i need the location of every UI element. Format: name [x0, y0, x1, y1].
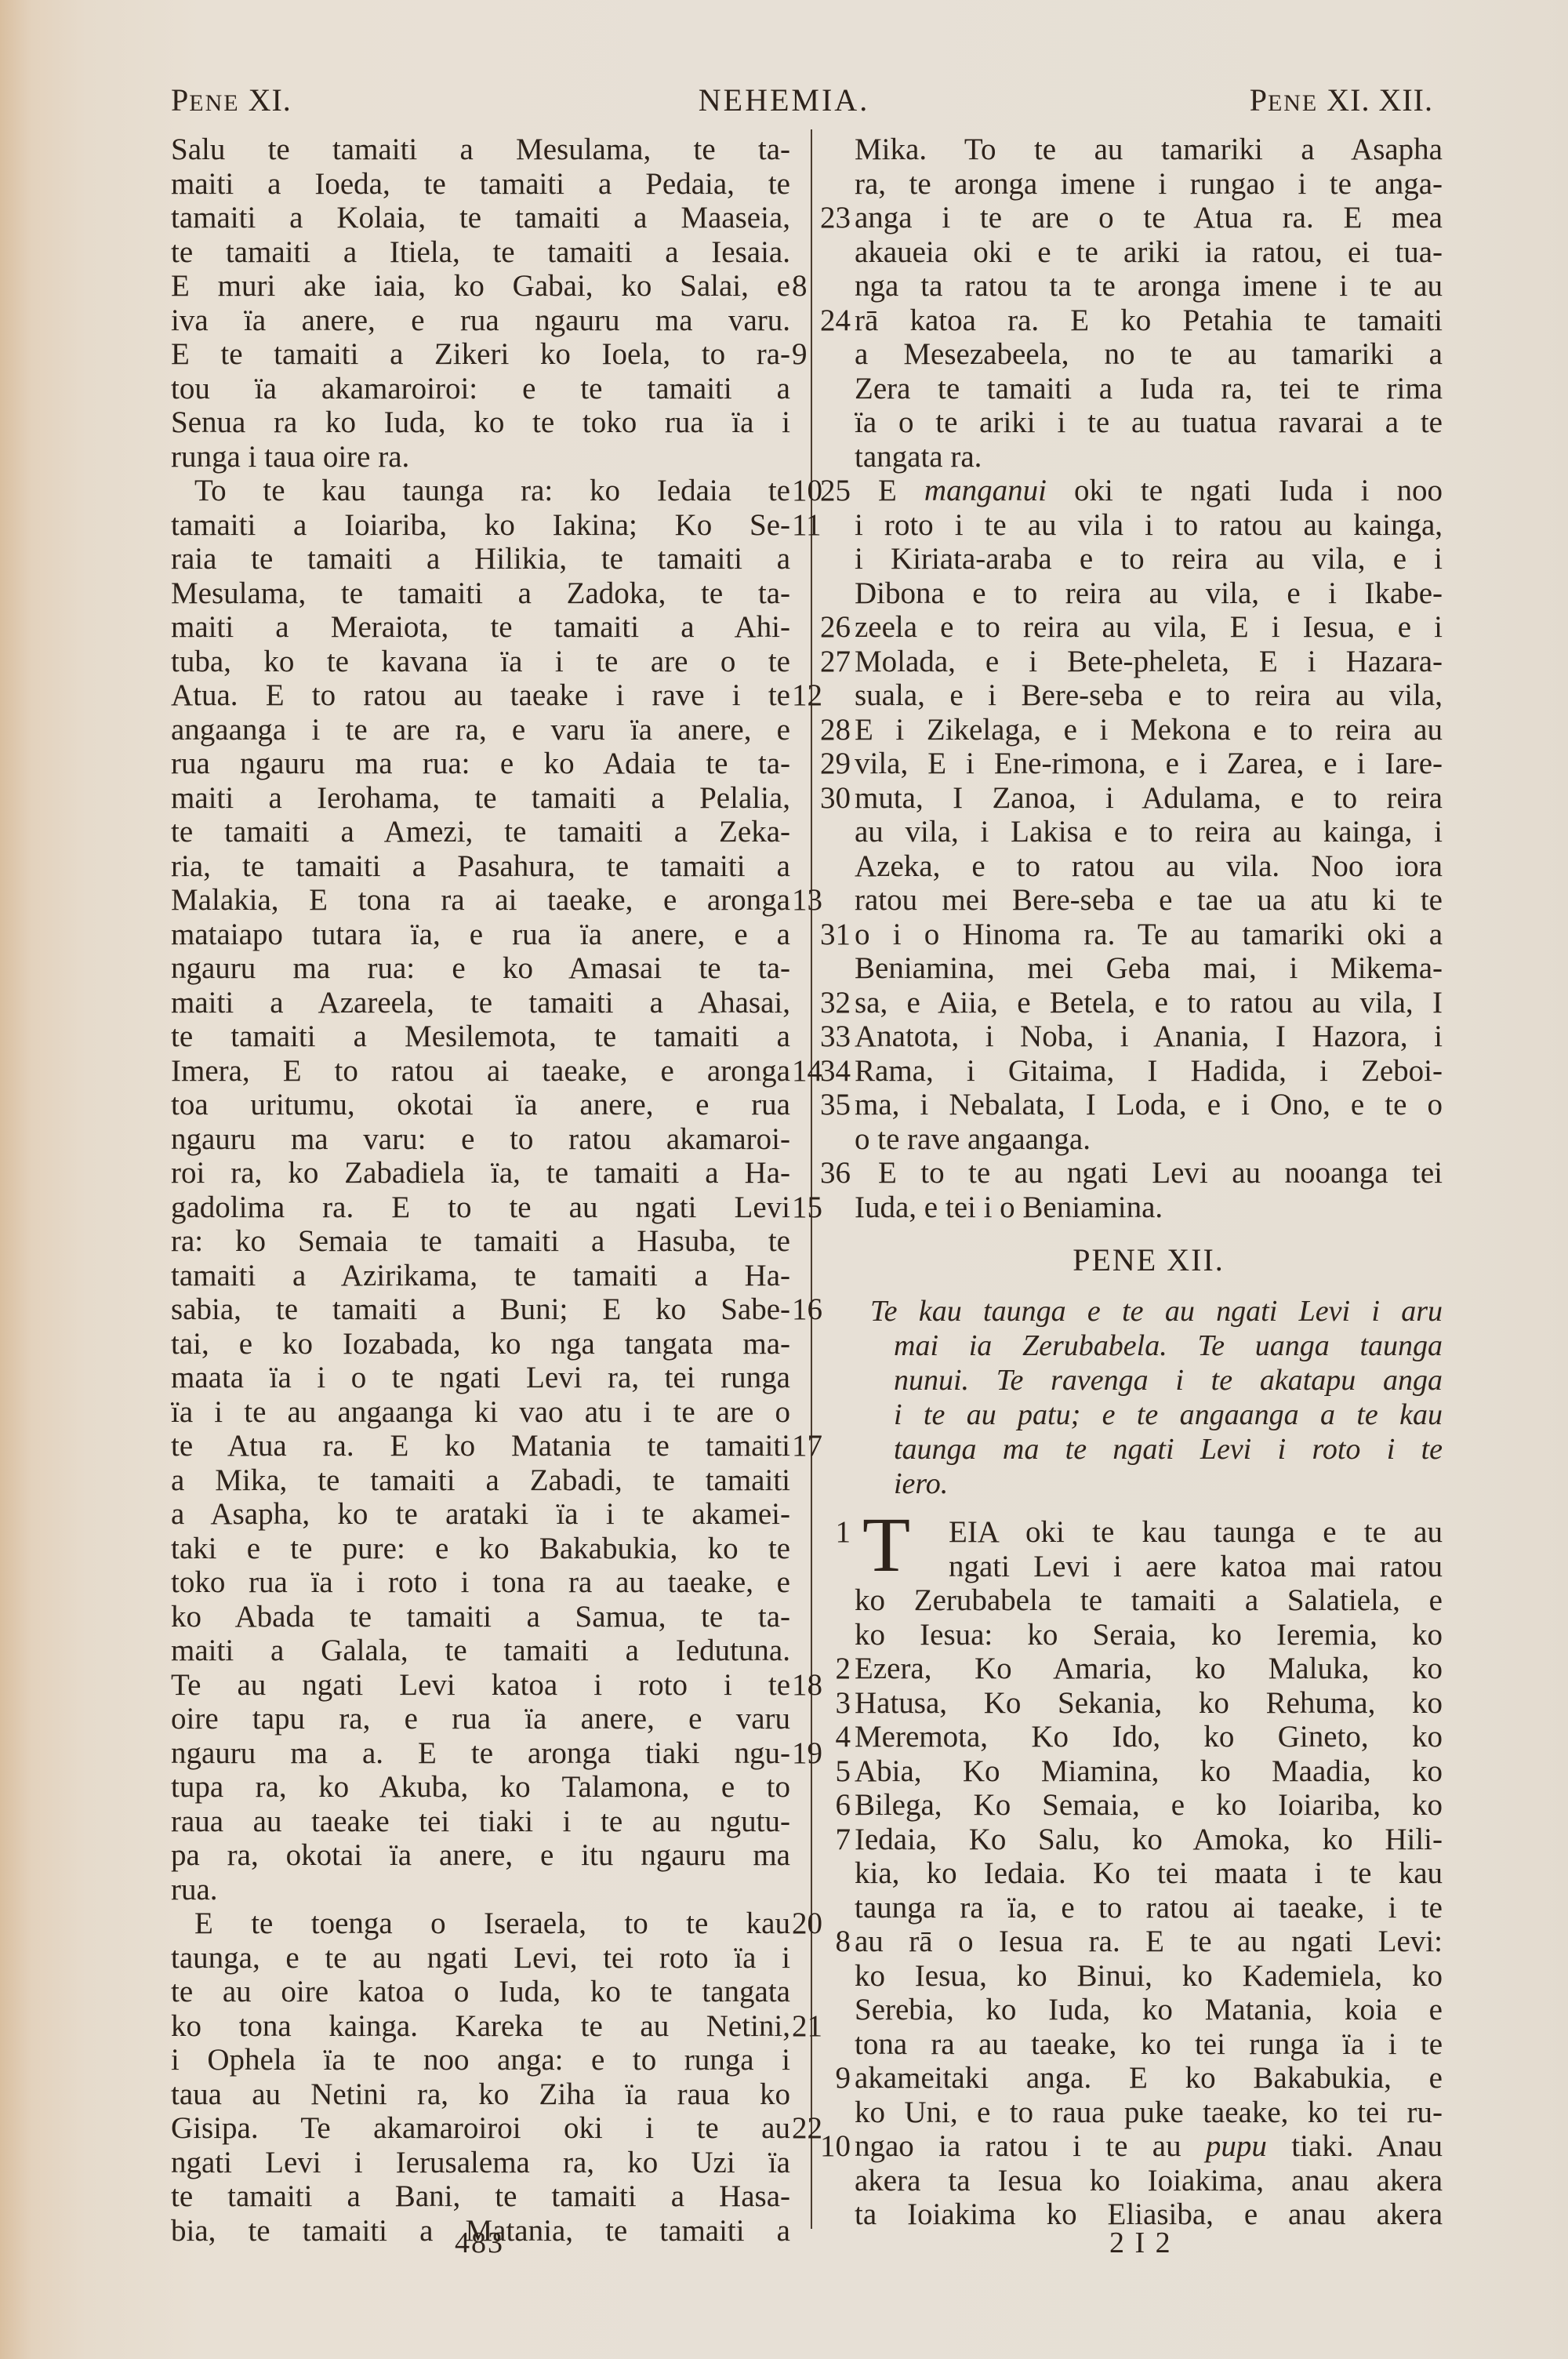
- text-line: Bilega, Ko Semaia, e ko Ioiariba, ko: [855, 1788, 1443, 1823]
- verse-number: 34: [811, 1054, 851, 1089]
- text-line: sa, e Aiia, e Betela, e to ratou au vila…: [855, 986, 1443, 1020]
- drop-cap: T: [862, 1510, 910, 1580]
- text-line: Zera te tamaiti a Iuda ra, tei te rima: [855, 372, 1443, 406]
- verse-number: 6: [811, 1788, 851, 1823]
- text-line: Abia, Ko Miamina, ko Maadia, ko: [855, 1754, 1443, 1789]
- text-line: o te rave angaanga.: [855, 1122, 1443, 1157]
- text-line: kia, ko Iedaia. Ko tei maata i te kau: [855, 1856, 1443, 1891]
- text-line: ko Zerubabela te tamaiti a Salatiela, e: [855, 1583, 1443, 1618]
- text-line: ko Uni, e to raua puke taeake, ko tei ru…: [855, 2095, 1443, 2130]
- text-line: ngauru ma rua: e ko Amasai te ta-: [171, 951, 790, 986]
- text-line: tamaiti a Kolaia, te tamaiti a Maaseia,: [171, 201, 790, 235]
- text-line: te au oire katoa o Iuda, ko te tangata: [171, 1975, 790, 2009]
- text-line: Azeka, e to ratou au vila. Noo iora: [855, 849, 1443, 884]
- text-line: toa uritumu, okotai ïa anere, e rua: [171, 1088, 790, 1122]
- text-line: rua.: [171, 1873, 790, 1907]
- text-line: Salu te tamaiti a Mesulama, te ta-: [171, 133, 790, 167]
- text-line: mataiapo tutara ïa, e rua ïa anere, e a: [171, 918, 790, 952]
- text-line: ma, i Nebalata, I Loda, e i Ono, e te o: [855, 1088, 1443, 1122]
- text-line: anga i te are o te Atua ra. E mea: [855, 201, 1443, 235]
- text-line: ngati Levi i Ierusalema ra, ko Uzi ïa: [171, 2146, 790, 2180]
- text-line: ngauru ma varu: e to ratou akamaroi-: [171, 1122, 790, 1157]
- verse-number: 5: [811, 1754, 851, 1789]
- verse-number: 16: [792, 1292, 822, 1327]
- text-line: ra: ko Semaia te tamaiti a Hasuba, te: [171, 1224, 790, 1259]
- text-line: iva ïa anere, e rua ngauru ma varu.: [171, 304, 790, 338]
- text-line: Mika. To te au tamariki a Asapha: [855, 133, 1443, 167]
- text-line: oire tapu ra, e rua ïa anere, e varu: [171, 1702, 790, 1736]
- verse-number: 36: [811, 1156, 851, 1190]
- text-line: maiti a Ierohama, te tamaiti a Pelalia,: [171, 781, 790, 816]
- italic-word: pupu: [1206, 2129, 1267, 2163]
- text-line: ko Iesua: ko Seraia, ko Ieremia, ko: [855, 1618, 1443, 1652]
- text-line: maiti a Galala, te tamaiti a Iedutuna.: [171, 1634, 790, 1668]
- text-line: runga i taua oire ra.: [171, 440, 790, 474]
- summary-line: mai ia Zerubabela. Te uanga taunga: [870, 1329, 1443, 1363]
- text-line: te tamaiti a Itiela, te tamaiti a Iesaia…: [171, 235, 790, 270]
- text-line: angaanga i te are ra, e varu ïa anere, e: [171, 713, 790, 747]
- text-line: Serebia, ko Iuda, ko Matania, koia e: [855, 1993, 1443, 2027]
- summary-line: Te kau taunga e te au ngati Levi i aru: [870, 1294, 1443, 1329]
- text-line: Te au ngati Levi katoa i roto i te: [171, 1668, 790, 1703]
- text-line: tamaiti a Ioiariba, ko Iakina; Ko Se-: [171, 508, 790, 543]
- text-line: maiti a Ioeda, te tamaiti a Pedaia, te: [171, 167, 790, 202]
- text-line: te tamaiti a Mesilemota, te tamaiti a: [171, 1020, 790, 1054]
- verse-number: 10: [811, 2129, 851, 2164]
- verse-number: 9: [792, 337, 808, 372]
- running-head-right: PENE XI. XII.: [1250, 82, 1433, 118]
- text-line: a Asapha, ko te arataki ïa i te akamei-: [171, 1497, 790, 1532]
- text-line: ngauru ma a. E te aronga tiaki ngu-: [171, 1736, 790, 1771]
- text-line: Beniamina, mei Geba mai, i Mikema-: [855, 951, 1443, 986]
- text-line: zeela e to reira au vila, E i Iesua, e i: [855, 610, 1443, 645]
- verse-number: 24: [811, 304, 851, 338]
- italic-word: manganui: [924, 474, 1047, 507]
- text-line: rā katoa ra. E ko Petahia te tamaiti: [855, 304, 1443, 338]
- text-line: Rama, i Gitaima, I Hadida, i Zeboi-: [855, 1054, 1443, 1089]
- text-line: Meremota, Ko Ido, ko Gineto, ko: [855, 1720, 1443, 1754]
- text-line: tupa ra, ko Akuba, ko Talamona, e to: [171, 1770, 790, 1805]
- text-line: taua au Netini ra, ko Ziha ïa raua ko: [171, 2077, 790, 2112]
- text-line: tuba, ko te kavana ïa i te are o te: [171, 645, 790, 679]
- text-line: muta, I Zanoa, i Adulama, e to reira: [855, 781, 1443, 816]
- text-line: rua ngauru ma rua: e ko Adaia te ta-: [171, 747, 790, 781]
- verse-number: 35: [811, 1088, 851, 1122]
- text-line: Hatusa, Ko Sekania, ko Rehuma, ko: [855, 1686, 1443, 1721]
- page-number-right: 2 I 2: [1109, 2226, 1172, 2260]
- verse-number: 21: [792, 2009, 822, 2044]
- text-line: Anatota, i Noba, i Anania, I Hazora, i: [855, 1020, 1443, 1054]
- text-line: To te kau taunga ra: ko Iedaia te: [171, 474, 790, 508]
- text-line: a Mika, te tamaiti a Zabadi, te tamaiti: [171, 1463, 790, 1498]
- text-line: te tamaiti a Amezi, te tamaiti a Zeka-: [171, 815, 790, 849]
- text-line: tou ïa akamaroiroi: e te tamaiti a: [171, 372, 790, 406]
- text-line: gadolima ra. E to te au ngati Levi: [171, 1190, 790, 1225]
- text-line: taunga ra ïa, e to ratou ai taeake, i te: [855, 1891, 1443, 1925]
- verse-number: 25: [811, 474, 851, 508]
- text-line: E te toenga o Iseraela, to te kau: [171, 1906, 790, 1941]
- text-line: Imera, E to ratou ai taeake, e aronga: [171, 1054, 790, 1089]
- summary-line: i te au patu; e te angaanga a te kau: [870, 1398, 1443, 1432]
- text-line: taunga, e te au ngati Levi, tei roto ïa …: [171, 1941, 790, 1976]
- page-number-left: 483: [455, 2226, 504, 2260]
- text-line: taki e te pure: e ko Bakabukia, ko te: [171, 1532, 790, 1566]
- text-line: ïa o te ariki i te au tuatua ravarai a t…: [855, 405, 1443, 440]
- verse-number: 4: [811, 1720, 851, 1754]
- text-line: ko Abada te tamaiti a Samua, te ta-: [171, 1600, 790, 1634]
- text-line: a Mesezabeela, no te au tamariki a: [855, 337, 1443, 372]
- chapter-heading: PENE XII.: [855, 1241, 1443, 1278]
- verse-number: 26: [811, 610, 851, 645]
- verse-number: 33: [811, 1020, 851, 1054]
- verse-number: 1: [811, 1515, 851, 1550]
- text-line: Ezera, Ko Amaria, ko Maluka, ko: [855, 1652, 1443, 1686]
- text-line: roi ra, ko Zabadiela ïa, te tamaiti a Ha…: [171, 1156, 790, 1190]
- verse-number: 11: [792, 508, 822, 543]
- text-line: maiti a Meraiota, te tamaiti a Ahi-: [171, 610, 790, 645]
- text-line: E muri ake iaia, ko Gabai, ko Salai, e: [171, 269, 790, 304]
- text-line: Senua ra ko Iuda, ko te toko rua ïa i: [171, 405, 790, 440]
- verse-number: 30: [811, 781, 851, 816]
- text-line: ngao ia ratou i te au pupu tiaki. Anau: [855, 2129, 1443, 2164]
- text-line: Mesulama, te tamaiti a Zadoka, te ta-: [171, 576, 790, 611]
- text-line: Gisipa. Te akamaroiroi oki i te au: [171, 2111, 790, 2146]
- verse-number: 13: [792, 883, 822, 918]
- text-line: suala, e i Bere-seba e to reira au vila,: [855, 678, 1443, 713]
- text-line: au vila, i Lakisa e to reira au kainga, …: [855, 815, 1443, 849]
- text-line: o i o Hinoma ra. Te au tamariki oki a: [855, 918, 1443, 952]
- text-line: i Ophela ïa te noo anga: e to runga i: [171, 2043, 790, 2077]
- text-line: E te tamaiti a Zikeri ko Ioela, to ra-: [171, 337, 790, 372]
- text-line: ko Iesua, ko Binui, ko Kademiela, ko: [855, 1959, 1443, 1994]
- verse-number: 17: [792, 1429, 822, 1463]
- verse-number: 8: [792, 269, 808, 304]
- text-line: vila, E i Ene-rimona, e i Zarea, e i Iar…: [855, 747, 1443, 781]
- text-line: sabia, te tamaiti a Buni; E ko Sabe-: [171, 1292, 790, 1327]
- text-line: Molada, e i Bete-pheleta, E i Hazara-: [855, 645, 1443, 679]
- text-line: nga ta ratou ta te aronga imene i te au: [855, 269, 1443, 304]
- text-line: tona ra au taeake, ko tei runga ïa i te: [855, 2027, 1443, 2062]
- text-line: Iedaia, Ko Salu, ko Amoka, ko Hili-: [855, 1823, 1443, 1857]
- text-line: tai, e ko Iozabada, ko nga tangata ma-: [171, 1327, 790, 1361]
- text-line: raia te tamaiti a Hilikia, te tamaiti a: [171, 542, 790, 576]
- verse-number: 9: [811, 2061, 851, 2095]
- verse-number: 27: [811, 645, 851, 679]
- summary-line: iero.: [870, 1467, 1443, 1501]
- verse-number: 3: [811, 1686, 851, 1721]
- text-line: ko tona kainga. Kareka te au Netini,: [171, 2009, 790, 2044]
- chapter-summary: Te kau taunga e te au ngati Levi i aruma…: [870, 1294, 1443, 1501]
- text-line: au rā o Iesua ra. E te au ngati Levi:: [855, 1925, 1443, 1959]
- text-line: E to te au ngati Levi au nooanga tei: [855, 1156, 1443, 1190]
- verse-number: 2: [811, 1652, 851, 1686]
- text-line: akaueia oki e te ariki ia ratou, ei tua-: [855, 235, 1443, 270]
- text-line: i Kiriata-araba e to reira au vila, e i: [855, 542, 1443, 576]
- text-line: E manganui oki te ngati Iuda i noo: [855, 474, 1443, 508]
- text-line: tangata ra.: [855, 440, 1443, 474]
- text-line: Iuda, e tei i o Beniamina.: [855, 1190, 1443, 1225]
- verse-number: 29: [811, 747, 851, 781]
- text-line: te tamaiti a Bani, te tamaiti a Hasa-: [171, 2179, 790, 2214]
- summary-line: taunga ma te ngati Levi i roto i te: [870, 1432, 1443, 1467]
- text-line: EIA oki te kau taunga e te au: [855, 1515, 1443, 1550]
- summary-line: nunui. Te ravenga i te akatapu anga: [870, 1363, 1443, 1398]
- text-line: i roto i te au vila i to ratou au kainga…: [855, 508, 1443, 543]
- text-line: maata ïa i o te ngati Levi ra, tei runga: [171, 1361, 790, 1395]
- text-line: Malakia, E tona ra ai taeake, e aronga: [171, 883, 790, 918]
- text-line: akameitaki anga. E ko Bakabukia, e: [855, 2061, 1443, 2095]
- text-line: Atua. E to ratou au taeake i rave i te: [171, 678, 790, 713]
- verse-number: 28: [811, 713, 851, 747]
- verse-number: 32: [811, 986, 851, 1020]
- text-line: ratou mei Bere-seba e tae ua atu ki te: [855, 883, 1443, 918]
- text-line: pa ra, okotai ïa anere, e itu ngauru ma: [171, 1838, 790, 1873]
- text-line: ria, te tamaiti a Pasahura, te tamaiti a: [171, 849, 790, 884]
- verse-number: 8: [811, 1925, 851, 1959]
- text-line: toko rua ïa i roto i tona ra au taeake, …: [171, 1565, 790, 1600]
- text-line: ra, te aronga imene i rungao i te anga-: [855, 167, 1443, 202]
- text-line: akera ta Iesua ko Ioiakima, anau akera: [855, 2164, 1443, 2198]
- text-line: tamaiti a Azirikama, te tamaiti a Ha-: [171, 1259, 790, 1293]
- text-line: E i Zikelaga, e i Mekona e to reira au: [855, 713, 1443, 747]
- text-line: Dibona e to reira au vila, e i Ikabe-: [855, 576, 1443, 611]
- text-line: te Atua ra. E ko Matania te tamaiti: [171, 1429, 790, 1463]
- verse-number: 15: [792, 1190, 822, 1225]
- verse-number: 12: [792, 678, 822, 713]
- text-line: ïa i te au angaanga ki vao atu i te are …: [171, 1395, 790, 1430]
- verse-number: 23: [811, 201, 851, 235]
- verse-number: 31: [811, 918, 851, 952]
- text-line: ngati Levi i aere katoa mai ratou: [855, 1550, 1443, 1584]
- verse-number: 7: [811, 1823, 851, 1857]
- text-line: raua au taeake tei tiaki i te au ngutu-: [171, 1805, 790, 1839]
- text-line: maiti a Azareela, te tamaiti a Ahasai,: [171, 986, 790, 1020]
